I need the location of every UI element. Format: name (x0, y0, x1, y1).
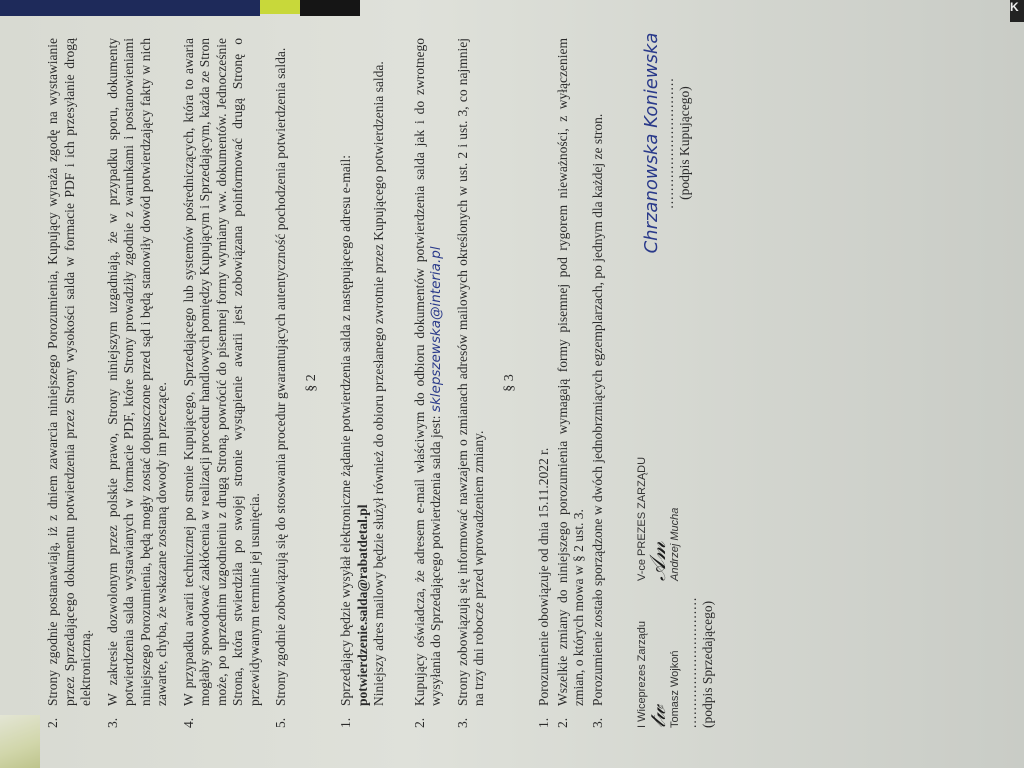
paragraph: 5. Strony zgodnie zobowiązują się do sto… (273, 38, 290, 728)
paragraph-text: Kupujący oświadcza, że adresem e-mail wł… (412, 38, 445, 706)
seller-signature-line: .............................. (684, 398, 701, 728)
seller-name-1: Tomasz Wojkoń (667, 621, 684, 728)
buyer-signature-line: .............................. (661, 28, 678, 258)
seller-signature-label: (podpis Sprzedającego) (700, 398, 717, 728)
paragraph-number: 4. (181, 706, 264, 728)
paragraph-text: W przypadku awarii technicznej po stroni… (181, 38, 264, 706)
document-content: 2. Strony zgodnie postanawiają, iż z dni… (45, 38, 794, 728)
section-2-item-3: 3. Strony zobowiązują się informować naw… (455, 38, 488, 728)
paragraph-number: 3. (455, 706, 488, 728)
seller-signature-2: 𝒜𝓂 (651, 457, 668, 581)
paragraph-text: Wszelkie zmiany do niniejszego porozumie… (555, 38, 588, 706)
section-3-item: 2. Wszelkie zmiany do niniejszego porozu… (555, 38, 588, 728)
section-2-item-1: 1. Sprzedający będzie wysyłał elektronic… (338, 38, 388, 728)
paragraph-text: Strony zgodnie postanawiają, iż z dniem … (45, 38, 95, 706)
paragraph-text: Sprzedający będzie wysyłał elektroniczne… (338, 38, 388, 706)
paragraph: 4. W przypadku awarii technicznej po str… (181, 38, 264, 728)
section-2-item-2: 2. Kupujący oświadcza, że adresem e-mail… (412, 38, 445, 728)
signatures-area: I Wiceprezes Zarządu 𝓉𝓌 Tomasz Wojkoń V-… (634, 38, 794, 728)
text-after-email: Niniejszy adres mailowy będzie służył ró… (371, 61, 386, 706)
seller-signature-1: 𝓉𝓌 (651, 621, 668, 728)
intro-paragraphs: 2. Strony zgodnie postanawiają, iż z dni… (45, 38, 290, 728)
seller-name-2: Andrzej Mucha (667, 457, 684, 581)
paragraph-text: Strony zgodnie zobowiązują się do stosow… (273, 38, 290, 706)
paragraph-number: 3. (590, 706, 607, 728)
paragraph-number: 1. (536, 706, 553, 728)
paragraph-number: 1. (338, 706, 388, 728)
paragraph: 3. W zakresie dozwolonym przez polskie p… (105, 38, 171, 728)
paragraph-text: Porozumienie zostało sporządzone w dwóch… (590, 38, 607, 706)
paragraph-number: 3. (105, 706, 171, 728)
paragraph-text: Porozumienie obowiązuje od dnia 15.11.20… (536, 38, 553, 706)
section-2-heading: § 2 (304, 38, 321, 728)
paragraph-number: 5. (273, 706, 290, 728)
seller-signature-block: I Wiceprezes Zarządu 𝓉𝓌 Tomasz Wojkoń V-… (634, 398, 717, 728)
paragraph-text: W zakresie dozwolonym przez polskie praw… (105, 38, 171, 706)
buyer-signature: Chrzanowska Koniewska (644, 28, 661, 258)
buyer-signature-label: (podpis Kupującego) (677, 28, 694, 258)
paragraph-text: Strony zobowiązują się informować nawzaj… (455, 38, 488, 706)
paragraph-number: 2. (555, 706, 588, 728)
section-3-item: 3. Porozumienie zostało sporządzone w dw… (590, 38, 607, 728)
seller-email: potwierdzenie.salda@rabatdetal.pl (355, 504, 370, 706)
paragraph: 2. Strony zgodnie postanawiają, iż z dni… (45, 38, 95, 728)
paragraph-number: 2. (412, 706, 445, 728)
text-before-email: Sprzedający będzie wysyłał elektroniczne… (338, 155, 353, 706)
section-3-item: 1. Porozumienie obowiązuje od dnia 15.11… (536, 38, 553, 728)
rotated-photo: 2. Strony zgodnie postanawiają, iż z dni… (0, 0, 1024, 768)
buyer-signature-block: Chrzanowska Koniewska ..................… (644, 28, 694, 258)
document-page: 2. Strony zgodnie postanawiają, iż z dni… (0, 0, 1024, 768)
section-3-heading: § 3 (502, 38, 519, 728)
paragraph-number: 2. (45, 706, 95, 728)
handwritten-buyer-email: sklepszewska@interia.pl (428, 246, 444, 412)
